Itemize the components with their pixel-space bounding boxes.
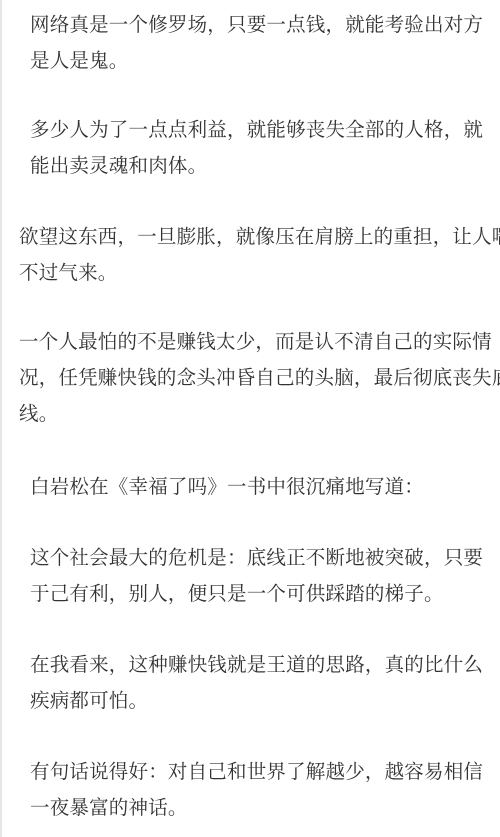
paragraph-2: 多少人为了一点点利益，就能够丧失全部的人格，就 能出卖灵魂和肉体。 [30,112,483,184]
paragraph-line: 况，任凭赚快钱的念头冲昏自己的头脑，最后彻底丧失底 [19,360,500,396]
paragraph-8: 有句话说得好：对自己和世界了解越少，越容易相信 一夜暴富的神话。 [30,754,483,826]
paragraph-5-quote-intro: 白岩松在《幸福了吗》一书中很沉痛地写道： [30,469,424,505]
left-border-rule [0,0,2,837]
paragraph-line: 网络真是一个修罗场，只要一点钱，就能考验出对方 [30,7,483,43]
paragraph-line: 能出卖灵魂和肉体。 [30,148,483,184]
paragraph-line: 有句话说得好：对自己和世界了解越少，越容易相信 [30,754,483,790]
paragraph-line: 不过气来。 [19,255,500,291]
paragraph-1: 网络真是一个修罗场，只要一点钱，就能考验出对方 是人是鬼。 [30,7,483,79]
paragraph-line: 欲望这东西，一旦膨胀，就像压在肩膀上的重担，让人喘 [19,219,500,255]
paragraph-line: 疾病都可怕。 [30,683,483,719]
paragraph-line: 线。 [19,396,500,432]
paragraph-line: 一夜暴富的神话。 [30,790,483,826]
paragraph-3: 欲望这东西，一旦膨胀，就像压在肩膀上的重担，让人喘 不过气来。 [19,219,500,291]
paragraph-line: 是人是鬼。 [30,43,483,79]
paragraph-line: 这个社会最大的危机是：底线正不断地被突破，只要 [30,540,483,576]
paragraph-4: 一个人最怕的不是赚钱太少，而是认不清自己的实际情 况，任凭赚快钱的念头冲昏自己的… [19,324,500,432]
paragraph-line: 白岩松在《幸福了吗》一书中很沉痛地写道： [30,469,424,505]
paragraph-line: 在我看来，这种赚快钱就是王道的思路，真的比什么 [30,647,483,683]
paragraph-line: 多少人为了一点点利益，就能够丧失全部的人格，就 [30,112,483,148]
paragraph-line: 一个人最怕的不是赚钱太少，而是认不清自己的实际情 [19,324,500,360]
paragraph-line: 于己有利，别人，便只是一个可供踩踏的梯子。 [30,576,483,612]
paragraph-6-quote: 这个社会最大的危机是：底线正不断地被突破，只要 于己有利，别人，便只是一个可供踩… [30,540,483,612]
paragraph-7: 在我看来，这种赚快钱就是王道的思路，真的比什么 疾病都可怕。 [30,647,483,719]
